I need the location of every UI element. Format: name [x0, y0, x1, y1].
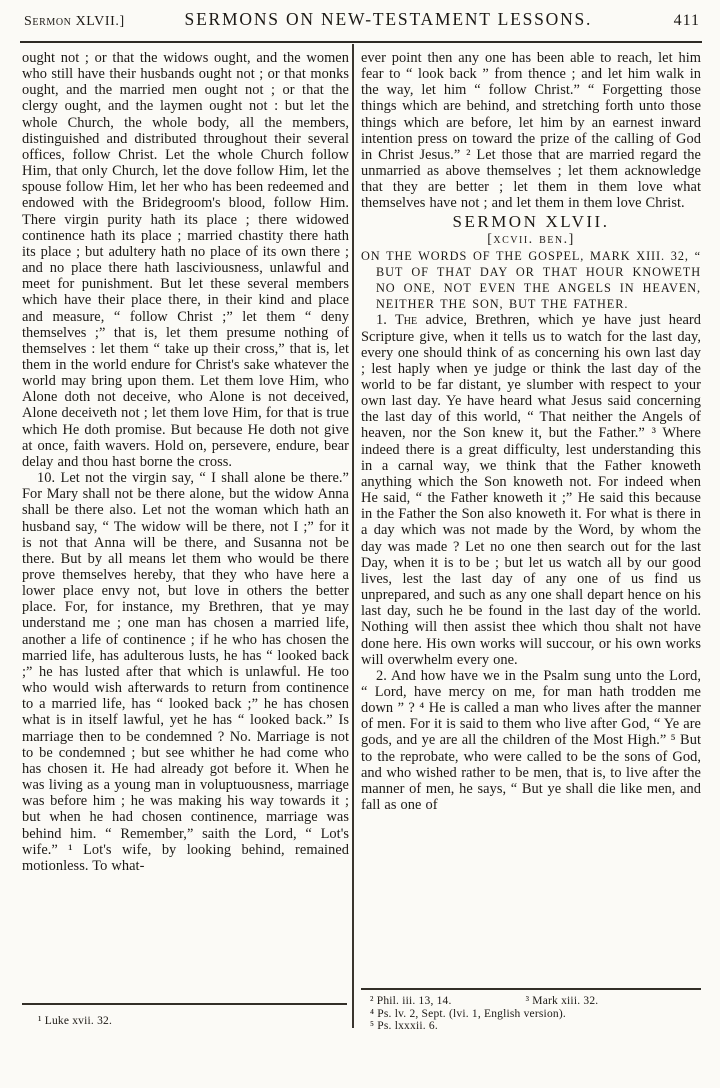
left-paragraph-10: 10. Let not the virgin say, “ I shall al…: [22, 470, 349, 874]
sermon-heading: SERMON XLVII.: [361, 212, 701, 232]
footnote-5: ⁵ Ps. lxxxii. 6.: [370, 1021, 700, 1033]
book-page: Sermon XLVII.] SERMONS ON NEW-TESTAMENT …: [0, 0, 720, 1088]
footnote-4: ⁴ Ps. lv. 2, Sept. (lvi. 1, English vers…: [370, 1009, 700, 1021]
page-title: SERMONS ON NEW-TESTAMENT LESSONS.: [125, 9, 652, 30]
page-header: Sermon XLVII.] SERMONS ON NEW-TESTAMENT …: [24, 9, 700, 30]
page-number: 411: [652, 12, 700, 30]
right-paragraph-2: 2. And how have we in the Psalm sung unt…: [361, 668, 701, 813]
footnote-2: ² Phil. iii. 13, 14.: [370, 995, 452, 1007]
column-divider: [352, 44, 354, 1028]
right-paragraph-1: 1. The advice, Brethren, which ye have j…: [361, 312, 701, 667]
sermon-subheading: [xcvii. ben.]: [361, 232, 701, 248]
right-paragraph-continuation: ever point then any one has been able to…: [361, 50, 701, 212]
left-paragraph-continuation: ought not ; or that the widows ought, an…: [22, 50, 349, 470]
right-footnote-rule: [361, 988, 701, 990]
right-column: ever point then any one has been able to…: [361, 50, 701, 984]
footnote-2-3: ² Phil. iii. 13, 14.³ Mark xiii. 32.: [370, 996, 700, 1008]
paragraph-1-lead: 1. The: [376, 312, 417, 328]
gospel-title: ON THE WORDS OF THE GOSPEL, MARK XIII. 3…: [361, 248, 701, 313]
left-footnotes: ¹ Luke xvii. 32.: [38, 1016, 338, 1029]
right-footnotes: ² Phil. iii. 13, 14.³ Mark xiii. 32. ⁴ P…: [370, 996, 700, 1034]
header-rule: [20, 41, 702, 43]
left-footnote-rule: [22, 1003, 347, 1005]
paragraph-1-text: advice, Brethren, which ye have just hea…: [361, 312, 701, 667]
footnote-3: ³ Mark xiii. 32.: [526, 995, 599, 1007]
left-column: ought not ; or that the widows ought, an…: [22, 50, 349, 998]
footnote-1: ¹ Luke xvii. 32.: [38, 1016, 338, 1028]
running-head: Sermon XLVII.]: [24, 14, 125, 30]
